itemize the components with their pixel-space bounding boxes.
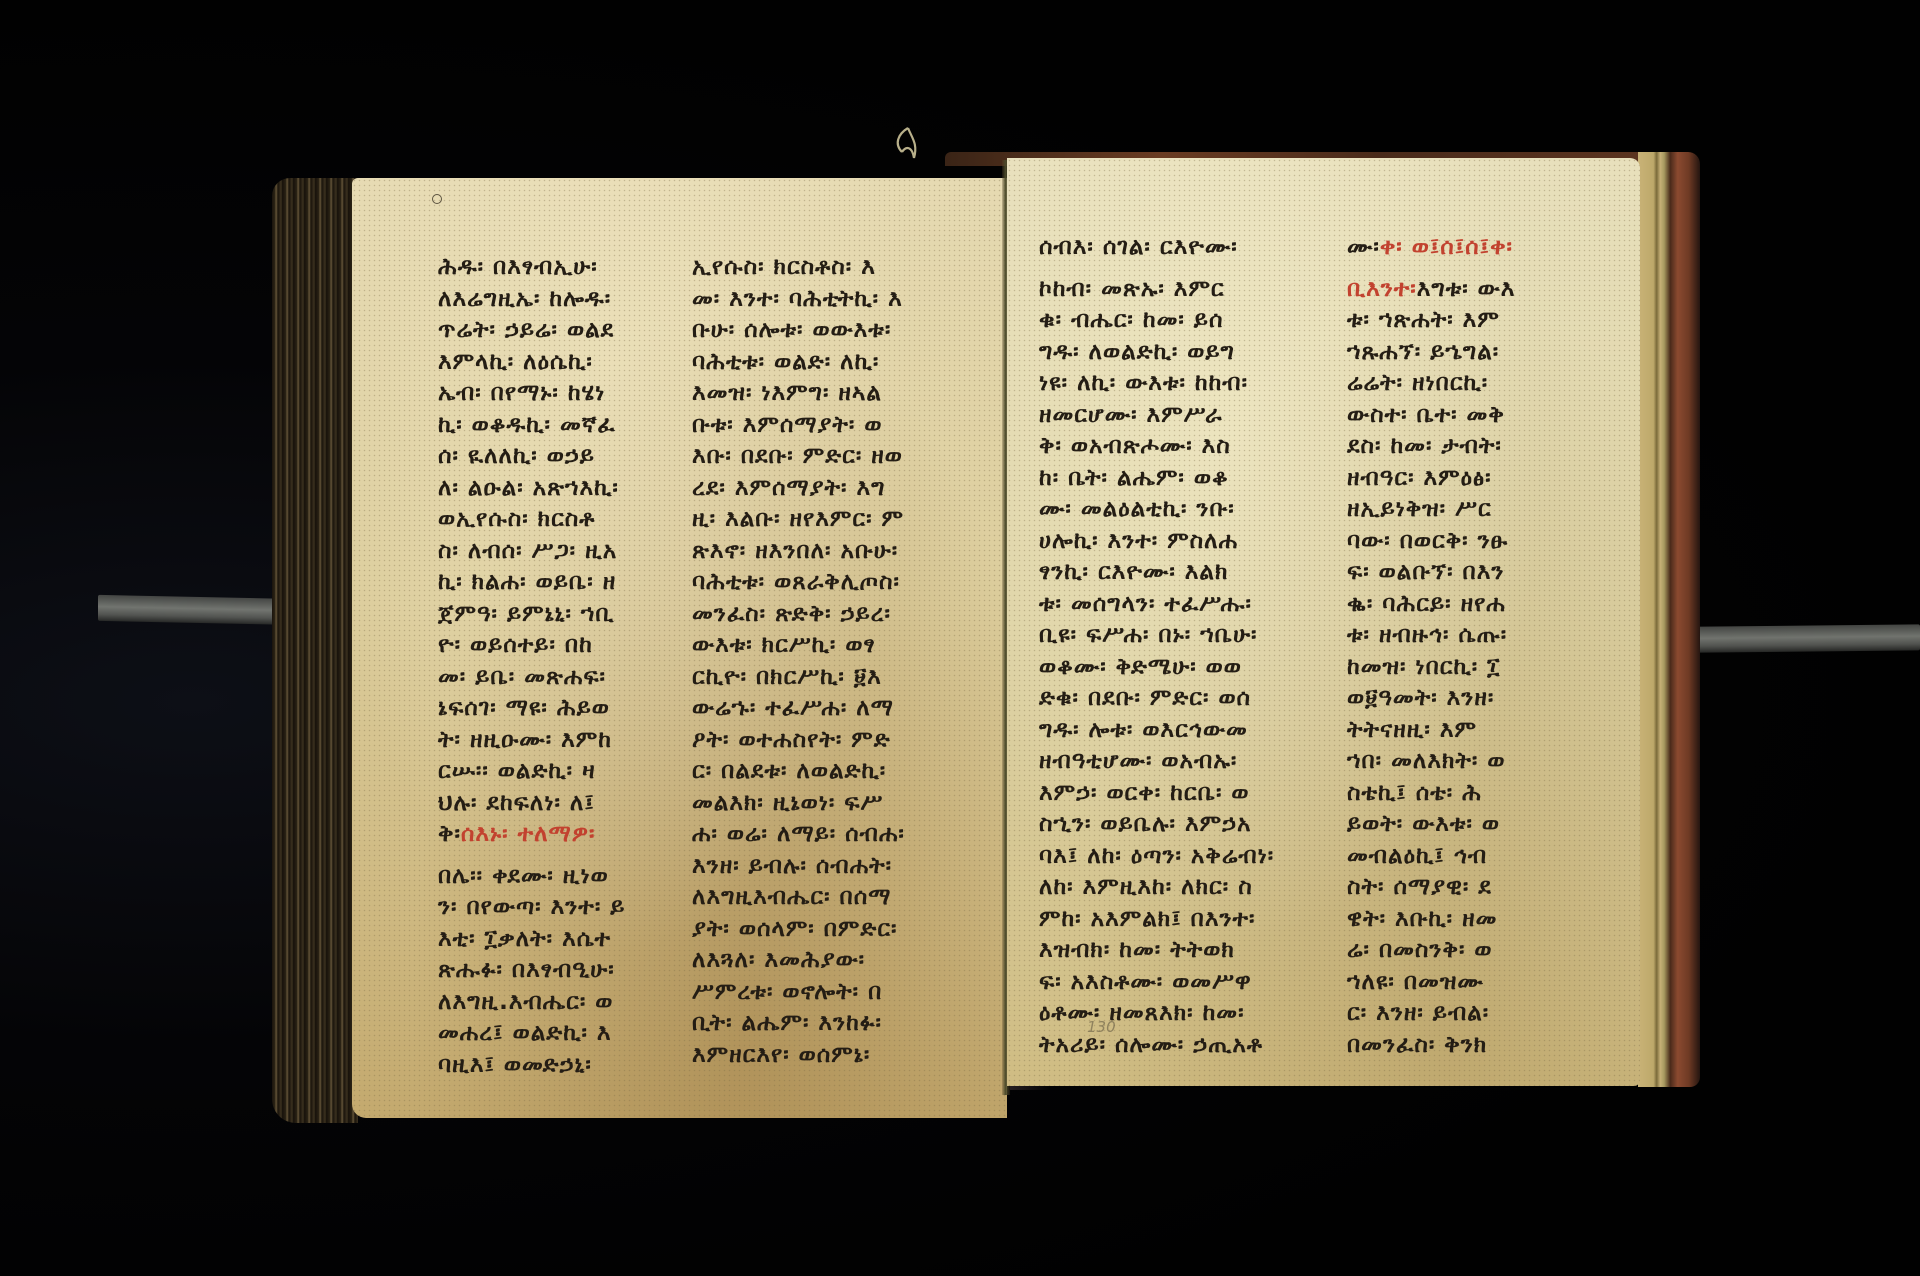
manuscript-line: ባሕቲቱ፡ ወጸራቅሊጦስ፡ bbox=[692, 567, 932, 599]
manuscript-line: ኤብ፡ በየማኑ፡ ከሄነ bbox=[438, 378, 658, 410]
ink-text: ሥምረቱ፡ ወኖሎት፡ በ bbox=[692, 979, 882, 1005]
ink-text: ጽሑፉ፡ በእፃብዒሁ፡ bbox=[438, 957, 615, 983]
ink-text: ፍ፡ አእስቶሙ፡ ወመሥዋ bbox=[1039, 969, 1252, 995]
manuscript-line: ቢእንተ፡እግቱ፡ ውእ bbox=[1347, 274, 1577, 306]
manuscript-line: ሐ፡ ወሬ፡ ለማይ፡ ሰብሐ፡ bbox=[692, 819, 932, 851]
manuscript-line: እዝብክ፡ ከመ፡ ትትወክ bbox=[1039, 935, 1284, 967]
rubric-text: ቢእንተ፡ bbox=[1347, 276, 1417, 302]
ink-text: ር፡ በልደቱ፡ ለወልድኪ፡ bbox=[692, 758, 886, 784]
ink-text: ጀምዓ፡ ይምኔኒ፡ ኀቢ bbox=[438, 601, 614, 627]
left-page: ሕዱ፡ በእፃብኢሁ፡ለእሬግዚኤ፡ ከሎዱ፡ጥሬት፡ ኃይሬ፡ ወልደእምላኪ… bbox=[352, 178, 1007, 1118]
ink-text: ዌት፡ እቡኪ፡ ዘመ bbox=[1347, 906, 1497, 932]
ink-text: እዝብክ፡ ከመ፡ ትትወክ bbox=[1039, 937, 1235, 963]
manuscript-line: ድቁ፡ በደቡ፡ ምድር፡ ወሰ bbox=[1039, 683, 1284, 715]
manuscript-line: ኀጹሐኘ፡ ይኄግል፡ bbox=[1347, 337, 1577, 369]
manuscript-line: ዘብዓቲሆሙ፡ ወአብኡ፡ bbox=[1039, 746, 1284, 778]
manuscript-line: ሀሎኪ፡ እንተ፡ ምስለሐ bbox=[1039, 526, 1284, 558]
ink-text: እምኃ፡ ወርቀ፡ ከርቤ፡ ወ bbox=[1039, 780, 1250, 806]
ink-text: ኪ፡ ወቆዱኪ፡ መኛፈ bbox=[438, 412, 616, 438]
manuscript-line: ይወት፡ ውእቱ፡ ወ bbox=[1347, 809, 1577, 841]
manuscript-line: ፃንኪ፡ ርእዮሙ፡ እልክ bbox=[1039, 557, 1284, 589]
ink-text: ድቁ፡ በደቡ፡ ምድር፡ ወሰ bbox=[1039, 685, 1251, 711]
ink-text: ቅ፡ bbox=[438, 821, 461, 847]
manuscript-line: ለእሬግዚኤ፡ ከሎዱ፡ bbox=[438, 284, 658, 316]
manuscript-line: ኪ፡ ወቆዱኪ፡ መኛፈ bbox=[438, 410, 658, 442]
manuscript-line: ሙ፡ቀ፡ ወ፤ሰ፤ሰ፤ቀ፡ bbox=[1347, 232, 1577, 264]
ink-text: ቢት፡ ልሔም፡ እንከፉ፡ bbox=[692, 1010, 882, 1036]
ink-text: ባዚእ፤ ወመድኃኒ፡ bbox=[438, 1052, 592, 1078]
manuscript-line: ለከ፡ እምዚእከ፡ ለክር፡ ስ bbox=[1039, 872, 1284, 904]
manuscript-line: ት፡ ዘዚዑሙ፡ እምከ bbox=[438, 725, 658, 757]
ink-text: ሬ፡ በመስንቅ፡ ወ bbox=[1347, 937, 1493, 963]
ink-text: ወቆሙ፡ ቅድሜሁ፡ ወወ bbox=[1039, 654, 1242, 680]
manuscript-line: ባሕቲቱ፡ ወልድ፡ ለኪ፡ bbox=[692, 347, 932, 379]
manuscript-line: ቅ፡ ወአብጽሖሙ፡ እስ bbox=[1039, 431, 1284, 463]
ink-text: ርኪዮ፡ በክርሥኪ፡ ፱እ bbox=[692, 664, 882, 690]
manuscript-line: እምላኪ፡ ለዕሴኪ፡ bbox=[438, 347, 658, 379]
ink-text: ቡሁ፡ ሰሎቱ፡ ወውእቱ፡ bbox=[692, 317, 891, 343]
manuscript-line: መሐረ፤ ወልድኪ፡ እ bbox=[438, 1018, 658, 1050]
ink-text: ውስተ፡ ቤተ፡ መቅ bbox=[1347, 402, 1505, 428]
manuscript-line: ወቆሙ፡ ቅድሜሁ፡ ወወ bbox=[1039, 652, 1284, 684]
ink-text: ሰብእ፡ ሰገል፡ ርእዮሙ፡ bbox=[1039, 234, 1238, 260]
manuscript-line: ውሬኁ፡ ተፈሥሐ፡ ለማ bbox=[692, 693, 932, 725]
ink-text: መብልዕኪ፤ ኅብ bbox=[1347, 843, 1487, 869]
manuscript-line: ቡቱ፡ እምሰማያት፡ ወ bbox=[692, 410, 932, 442]
manuscript-line: ቡሁ፡ ሰሎቱ፡ ወውእቱ፡ bbox=[692, 315, 932, 347]
manuscript-line: ውእቱ፡ ክርሥኪ፡ ወፃ bbox=[692, 630, 932, 662]
manuscript-line: ህሉ፡ ደከፍለነ፡ ለ፤ bbox=[438, 788, 658, 820]
manuscript-line: ባው፡ በወርቅ፡ ንፁ bbox=[1347, 526, 1577, 558]
manuscript-line: ለ፡ ልዑል፡ አጽኀእኪ፡ bbox=[438, 473, 658, 505]
manuscript-line: መንፈስ፡ ጽድቅ፡ ኃይረ፡ bbox=[692, 599, 932, 631]
manuscript-line: ስኂን፡ ወይቤሉ፡ እምኃአ bbox=[1039, 809, 1284, 841]
manuscript-line: ምከ፡ አእምልክ፤ በእንተ፡ bbox=[1039, 904, 1284, 936]
ink-text: መንፈስ፡ ጽድቅ፡ ኃይረ፡ bbox=[692, 601, 891, 627]
ink-text: ዚ፡ እልቡ፡ ዘየእምር፡ ም bbox=[692, 506, 904, 532]
manuscript-line: መልእክ፡ ዚኔወነ፡ ፍሥ bbox=[692, 788, 932, 820]
manuscript-line: ኢየሱስ፡ ክርስቶስ፡ እ bbox=[692, 252, 932, 284]
manuscript-line: ቈ፡ ባሕርይ፡ ዘየሐ bbox=[1347, 589, 1577, 621]
ink-text: መልእክ፡ ዚኔወነ፡ ፍሥ bbox=[692, 790, 883, 816]
manuscript-line: ከ፡ ቤት፡ ልሔም፡ ወቆ bbox=[1039, 463, 1284, 495]
ink-text: ፍ፡ ወልቡኘ፡ በእን bbox=[1347, 559, 1504, 585]
manuscript-line: ዘመርሆሙ፡ እምሥራ bbox=[1039, 400, 1284, 432]
manuscript-line: ቢት፡ ልሔም፡ እንከፉ፡ bbox=[692, 1008, 932, 1040]
ink-text: መ፡ እንተ፡ ባሕቲትኪ፡ እ bbox=[692, 286, 903, 312]
ink-text: ዘኢይነቅዝ፡ ሥር bbox=[1347, 496, 1492, 522]
manuscript-line: ዮ፡ ወይሰተይ፡ በከ bbox=[438, 630, 658, 662]
ink-text: ዘብዓቲሆሙ፡ ወአብኡ፡ bbox=[1039, 748, 1237, 774]
ink-text: ነዩ፡ ለኪ፡ ውእቱ፡ ከከብ፡ bbox=[1039, 370, 1248, 396]
ink-text: ፃንኪ፡ ርእዮሙ፡ እልክ bbox=[1039, 559, 1228, 585]
ink-text: በመንፈስ፡ ቅንክ bbox=[1347, 1032, 1487, 1058]
manuscript-line: መ፡ ይቤ፡ መጽሐፍ፡ bbox=[438, 662, 658, 694]
ink-text: ግዱ፡ ሎቱ፡ ወእርኅውመ bbox=[1039, 717, 1248, 743]
manuscript-line: መብልዕኪ፤ ኅብ bbox=[1347, 841, 1577, 873]
ink-text: ኀጹሐኘ፡ ይኄግል፡ bbox=[1347, 339, 1499, 365]
ink-text: ጽእኖ፡ ዘእንበለ፡ አቡሁ፡ bbox=[692, 538, 898, 564]
ink-text: ውእቱ፡ ክርሥኪ፡ ወፃ bbox=[692, 632, 876, 658]
ink-text: መሐረ፤ ወልድኪ፡ እ bbox=[438, 1020, 612, 1046]
ink-text: ግዱ፡ ለወልድኪ፡ ወይግ bbox=[1039, 339, 1235, 365]
ink-text: እምዘርእየ፡ ወሰምኔ፡ bbox=[692, 1042, 870, 1068]
ink-text: መ፡ ይቤ፡ መጽሐፍ፡ bbox=[438, 664, 606, 690]
ink-text: ባሕቲቱ፡ ወጸራቅሊጦስ፡ bbox=[692, 569, 900, 595]
manuscript-line: በሌ፡፡ ቀደሙ፡ ዚነወ bbox=[438, 861, 658, 893]
manuscript-line: ጽእኖ፡ ዘእንበለ፡ አቡሁ፡ bbox=[692, 536, 932, 568]
manuscript-line: እቡ፡ በደቡ፡ ምድር፡ ዘወ bbox=[692, 441, 932, 473]
ink-text: ኤብ፡ በየማኑ፡ ከሄነ bbox=[438, 380, 605, 406]
manuscript-line: ትትናዘዚ፡ እም bbox=[1347, 715, 1577, 747]
ink-text: ከመዝ፡ ነበርኪ፡ ፲ bbox=[1347, 654, 1500, 680]
manuscript-line: ኀለዩ፡ በመዝሙ bbox=[1347, 967, 1577, 999]
manuscript-line: ቅ፡ሰእኑ፡ ተለማዎ፡ bbox=[438, 819, 658, 851]
ink-text: ሐ፡ ወሬ፡ ለማይ፡ ሰብሐ፡ bbox=[692, 821, 905, 847]
ink-text: ረደ፡ እምሰማያት፡ እግ bbox=[692, 475, 885, 501]
ink-text: ስ፡ ለብሰ፡ ሥጋ፡ ዚአ bbox=[438, 538, 617, 564]
manuscript-line: ኪ፡ ክልሐ፡ ወይቤ፡ ዘ bbox=[438, 567, 658, 599]
ink-text: እንዘ፡ ይብሉ፡ ሰብሐት፡ bbox=[692, 853, 892, 879]
manuscript-line: ርኪዮ፡ በክርሥኪ፡ ፱እ bbox=[692, 662, 932, 694]
left-page-column-1: ሕዱ፡ በእፃብኢሁ፡ለእሬግዚኤ፡ ከሎዱ፡ጥሬት፡ ኃይሬ፡ ወልደእምላኪ… bbox=[438, 252, 658, 1081]
ink-text: ስት፡ ሰማያዊ፡ ደ bbox=[1347, 874, 1492, 900]
ink-text: ቅ፡ ወአብጽሖሙ፡ እስ bbox=[1039, 433, 1231, 459]
manuscript-line: እመዝ፡ ነእምግ፡ ዘኣል bbox=[692, 378, 932, 410]
manuscript-line: ለእግዚእብሔር፡ በሰማ bbox=[692, 882, 932, 914]
manuscript-line: ግዱ፡ ለወልድኪ፡ ወይግ bbox=[1039, 337, 1284, 369]
manuscript-line: ጀምዓ፡ ይምኔኒ፡ ኀቢ bbox=[438, 599, 658, 631]
ink-text: ቱ፡ መሰግላን፡ ተፈሥሑ፡ bbox=[1039, 591, 1252, 617]
manuscript-line: ለእጓለ፡ እመሕያው፡ bbox=[692, 945, 932, 977]
ink-text: ቢዩ፡ ፍሥሐ፡ በኑ፡ ኀቤሁ፡ bbox=[1039, 622, 1257, 648]
manuscript-line: ሕዱ፡ በእፃብኢሁ፡ bbox=[438, 252, 658, 284]
manuscript-line: ሰ፡ ዪለለኪ፡ ወኃይ bbox=[438, 441, 658, 473]
manuscript-line: ዚ፡ እልቡ፡ ዘየእምር፡ ም bbox=[692, 504, 932, 536]
right-page: ሰብእ፡ ሰገል፡ ርእዮሙ፡ኮከብ፡ መጽኡ፡ እምርቁ፡ ብሔር፡ ከመ፡ … bbox=[1007, 158, 1640, 1086]
ink-text: ኮከብ፡ መጽኡ፡ እምር bbox=[1039, 276, 1225, 302]
manuscript-line: ቱ፡ መሰግላን፡ ተፈሥሑ፡ bbox=[1039, 589, 1284, 621]
manuscript-line: ወኢየሱስ፡ ክርስቶ bbox=[438, 504, 658, 536]
ink-text: ቡቱ፡ እምሰማያት፡ ወ bbox=[692, 412, 882, 438]
manuscript-line: ኀበ፡ መለእክት፡ ወ bbox=[1347, 746, 1577, 778]
manuscript-line: ያት፡ ወሰላም፡ በምድር፡ bbox=[692, 914, 932, 946]
manuscript-line: ፍ፡ አእስቶሙ፡ ወመሥዋ bbox=[1039, 967, 1284, 999]
manuscript-line: ዕቶሙ፡ ዘመጸእክ፡ ከመ፡ bbox=[1039, 998, 1284, 1030]
ink-text: ኔፍሰገ፡ ማዩ፡ ሕይወ bbox=[438, 695, 610, 721]
manuscript-line: ከመዝ፡ ነበርኪ፡ ፲ bbox=[1347, 652, 1577, 684]
rubric-text: ቀ፡ ወ፤ሰ፤ሰ፤ቀ፡ bbox=[1380, 234, 1513, 260]
manuscript-line: ዘኢይነቅዝ፡ ሥር bbox=[1347, 494, 1577, 526]
manuscript-line: ኮከብ፡ መጽኡ፡ እምር bbox=[1039, 274, 1284, 306]
manuscript-line: ፍ፡ ወልቡኘ፡ በእን bbox=[1347, 557, 1577, 589]
ink-text: ህሉ፡ ደከፍለነ፡ ለ፤ bbox=[438, 790, 595, 816]
manuscript-line: ነዩ፡ ለኪ፡ ውእቱ፡ ከከብ፡ bbox=[1039, 368, 1284, 400]
ink-text: ምከ፡ አእምልክ፤ በእንተ፡ bbox=[1039, 906, 1255, 932]
manuscript-line: ቱ፡ ዘብዙኅ፡ ሴጡ፡ bbox=[1347, 620, 1577, 652]
ink-text: ዘብዓር፡ እምዕፅ፡ bbox=[1347, 465, 1492, 491]
ink-text: ኪ፡ ክልሐ፡ ወይቤ፡ ዘ bbox=[438, 569, 616, 595]
ink-text: ቁ፡ ብሔር፡ ከመ፡ ይሰ bbox=[1039, 307, 1223, 333]
manuscript-line: ሙ፡ መልዕልቲኪ፡ ንቡ፡ bbox=[1039, 494, 1284, 526]
manuscript-line: ሬ፡ በመስንቅ፡ ወ bbox=[1347, 935, 1577, 967]
ink-text: ኢየሱስ፡ ክርስቶስ፡ እ bbox=[692, 254, 876, 280]
manuscript-line: እምዘርእየ፡ ወሰምኔ፡ bbox=[692, 1040, 932, 1072]
manuscript-line: ሰብእ፡ ሰገል፡ ርእዮሙ፡ bbox=[1039, 232, 1284, 264]
ink-text: ሕዱ፡ በእፃብኢሁ፡ bbox=[438, 254, 598, 280]
manuscript-line: እምኃ፡ ወርቀ፡ ከርቤ፡ ወ bbox=[1039, 778, 1284, 810]
manuscript-line: ን፡ በየውጣ፡ እንተ፡ ይ bbox=[438, 892, 658, 924]
ink-text: ትትናዘዚ፡ እም bbox=[1347, 717, 1477, 743]
ink-text: እቲ፡ ፲ቃለት፡ እሴተ bbox=[438, 926, 611, 952]
ink-text: ሙ፡ መልዕልቲኪ፡ ንቡ፡ bbox=[1039, 496, 1235, 522]
ink-text: ሬሬት፡ ዘነበርኪ፡ bbox=[1347, 370, 1488, 396]
manuscript-line: ቢዩ፡ ፍሥሐ፡ በኑ፡ ኀቤሁ፡ bbox=[1039, 620, 1284, 652]
ink-text: ለእግዚእብሔር፡ በሰማ bbox=[692, 884, 891, 910]
manuscript-line: ባእ፤ ለከ፡ ዕጣን፡ አቅሬብነ፡ bbox=[1039, 841, 1284, 873]
ink-text: ር፡ እንዘ፡ ይብል፡ bbox=[1347, 1000, 1489, 1026]
ink-text: ስኂን፡ ወይቤሉ፡ እምኃአ bbox=[1039, 811, 1251, 837]
right-cover-edge bbox=[1638, 152, 1700, 1087]
manuscript-line: ደስ፡ ከመ፡ ታብት፡ bbox=[1347, 431, 1577, 463]
ink-text: ለእጓለ፡ እመሕያው፡ bbox=[692, 947, 865, 973]
ink-text: እምላኪ፡ ለዕሴኪ፡ bbox=[438, 349, 593, 375]
manuscript-line: ርሡ፡፡ ወልድኪ፡ ዛ bbox=[438, 756, 658, 788]
ink-text: ቱ፡ ኀጽሐት፡ እም bbox=[1347, 307, 1500, 333]
manuscript-line: ኔፍሰገ፡ ማዩ፡ ሕይወ bbox=[438, 693, 658, 725]
right-page-column-1: ሰብእ፡ ሰገል፡ ርእዮሙ፡ኮከብ፡ መጽኡ፡ እምርቁ፡ ብሔር፡ ከመ፡ … bbox=[1039, 232, 1284, 1061]
ink-text: ለ፡ ልዑል፡ አጽኀእኪ፡ bbox=[438, 475, 619, 501]
ink-text: ዕቶሙ፡ ዘመጸእክ፡ ከመ፡ bbox=[1039, 1000, 1245, 1026]
pencil-foliation-mark: 130 bbox=[1087, 1018, 1116, 1036]
left-page-column-2: ኢየሱስ፡ ክርስቶስ፡ እመ፡ እንተ፡ ባሕቲትኪ፡ እቡሁ፡ ሰሎቱ፡ ወ… bbox=[692, 252, 932, 1071]
ink-text: ባው፡ በወርቅ፡ ንፁ bbox=[1347, 528, 1508, 554]
ink-text: ሙ፡ bbox=[1347, 234, 1380, 260]
manuscript-line: ወ፱ዓመት፡ እንዘ፡ bbox=[1347, 683, 1577, 715]
ink-text: ኀለዩ፡ በመዝሙ bbox=[1347, 969, 1484, 995]
manuscript-line: መ፡ እንተ፡ ባሕቲትኪ፡ እ bbox=[692, 284, 932, 316]
manuscript-line: ግዱ፡ ሎቱ፡ ወእርኅውመ bbox=[1039, 715, 1284, 747]
manuscript-line: ሥምረቱ፡ ወኖሎት፡ በ bbox=[692, 977, 932, 1009]
ink-text: እግቱ፡ ውእ bbox=[1417, 276, 1516, 302]
ink-text: ከ፡ ቤት፡ ልሔም፡ ወቆ bbox=[1039, 465, 1229, 491]
manuscript-line: ጥሬት፡ ኃይሬ፡ ወልደ bbox=[438, 315, 658, 347]
ink-text: ወኢየሱስ፡ ክርስቶ bbox=[438, 506, 595, 532]
binding-thread bbox=[888, 124, 926, 162]
ink-text: ዮ፡ ወይሰተይ፡ በከ bbox=[438, 632, 593, 658]
ink-text: ባእ፤ ለከ፡ ዕጣን፡ አቅሬብነ፡ bbox=[1039, 843, 1274, 869]
manuscript-line: ዌት፡ እቡኪ፡ ዘመ bbox=[1347, 904, 1577, 936]
ink-text: ወ፱ዓመት፡ እንዘ፡ bbox=[1347, 685, 1494, 711]
ink-text: ለከ፡ እምዚእከ፡ ለክር፡ ስ bbox=[1039, 874, 1253, 900]
manuscript-line: ስቴኪ፤ ሰቴ፡ ሕ bbox=[1347, 778, 1577, 810]
right-page-column-2: ሙ፡ቀ፡ ወ፤ሰ፤ሰ፤ቀ፡ቢእንተ፡እግቱ፡ ውእቱ፡ ኀጽሐት፡ እምኀጹሐኘ… bbox=[1347, 232, 1577, 1061]
manuscript-line: ባዚእ፤ ወመድኃኒ፡ bbox=[438, 1050, 658, 1082]
ink-text: እመዝ፡ ነእምግ፡ ዘኣል bbox=[692, 380, 882, 406]
ink-text: ሀሎኪ፡ እንተ፡ ምስለሐ bbox=[1039, 528, 1238, 554]
manuscript-line: ር፡ በልደቱ፡ ለወልድኪ፡ bbox=[692, 756, 932, 788]
ink-text: ባሕቲቱ፡ ወልድ፡ ለኪ፡ bbox=[692, 349, 879, 375]
left-page-stack bbox=[272, 178, 358, 1123]
ink-text: ስቴኪ፤ ሰቴ፡ ሕ bbox=[1347, 780, 1482, 806]
ink-text: ቈ፡ ባሕርይ፡ ዘየሐ bbox=[1347, 591, 1506, 617]
ink-text: ለእሬግዚኤ፡ ከሎዱ፡ bbox=[438, 286, 611, 312]
manuscript-line: ዘብዓር፡ እምዕፅ፡ bbox=[1347, 463, 1577, 495]
manuscript-line: እንዘ፡ ይብሉ፡ ሰብሐት፡ bbox=[692, 851, 932, 883]
manuscript-line: ለእግዚ.እብሔር፡ ወ bbox=[438, 987, 658, 1019]
ink-text: በሌ፡፡ ቀደሙ፡ ዚነወ bbox=[438, 863, 609, 889]
ink-text: ርሡ፡፡ ወልድኪ፡ ዛ bbox=[438, 758, 596, 784]
manuscript-line: ሬሬት፡ ዘነበርኪ፡ bbox=[1347, 368, 1577, 400]
manuscript-line: ቱ፡ ኀጽሐት፡ እም bbox=[1347, 305, 1577, 337]
ink-text: ኀበ፡ መለእክት፡ ወ bbox=[1347, 748, 1505, 774]
rubric-text: ሰእኑ፡ ተለማዎ፡ bbox=[461, 821, 596, 847]
manuscript-line: ስ፡ ለብሰ፡ ሥጋ፡ ዚአ bbox=[438, 536, 658, 568]
ink-text: ቱ፡ ዘብዙኅ፡ ሴጡ፡ bbox=[1347, 622, 1507, 648]
ink-text: ውሬኁ፡ ተፈሥሐ፡ ለማ bbox=[692, 695, 894, 721]
ink-text: እቡ፡ በደቡ፡ ምድር፡ ዘወ bbox=[692, 443, 903, 469]
ink-text: ን፡ በየውጣ፡ እንተ፡ ይ bbox=[438, 894, 625, 920]
ink-text: ት፡ ዘዚዑሙ፡ እምከ bbox=[438, 727, 612, 753]
ink-text: ሰ፡ ዪለለኪ፡ ወኃይ bbox=[438, 443, 595, 469]
manuscript-line: ረደ፡ እምሰማያት፡ እግ bbox=[692, 473, 932, 505]
ink-text: ትአሪይ፡ ሰሎሙ፡ ኃጢአቶ bbox=[1039, 1032, 1263, 1058]
ink-text: ያት፡ ወሰላም፡ በምድር፡ bbox=[692, 916, 897, 942]
ink-text: ይወት፡ ውእቱ፡ ወ bbox=[1347, 811, 1500, 837]
ink-text: ዖት፡ ወተሐስየት፡ ምድ bbox=[692, 727, 891, 753]
pricking-hole bbox=[432, 194, 442, 204]
ink-text: ደስ፡ ከመ፡ ታብት፡ bbox=[1347, 433, 1502, 459]
ink-text: ዘመርሆሙ፡ እምሥራ bbox=[1039, 402, 1223, 428]
ink-text: ጥሬት፡ ኃይሬ፡ ወልደ bbox=[438, 317, 614, 343]
manuscript-line: ር፡ እንዘ፡ ይብል፡ bbox=[1347, 998, 1577, 1030]
ink-text: ለእግዚ.እብሔር፡ ወ bbox=[438, 989, 613, 1015]
manuscript-line: ውስተ፡ ቤተ፡ መቅ bbox=[1347, 400, 1577, 432]
manuscript-line: ጽሑፉ፡ በእፃብዒሁ፡ bbox=[438, 955, 658, 987]
manuscript-line: እቲ፡ ፲ቃለት፡ እሴተ bbox=[438, 924, 658, 956]
manuscript-line: ስት፡ ሰማያዊ፡ ደ bbox=[1347, 872, 1577, 904]
manuscript-line: ቁ፡ ብሔር፡ ከመ፡ ይሰ bbox=[1039, 305, 1284, 337]
manuscript-line: በመንፈስ፡ ቅንክ bbox=[1347, 1030, 1577, 1062]
manuscript-line: ትአሪይ፡ ሰሎሙ፡ ኃጢአቶ bbox=[1039, 1030, 1284, 1062]
manuscript-line: ዖት፡ ወተሐስየት፡ ምድ bbox=[692, 725, 932, 757]
